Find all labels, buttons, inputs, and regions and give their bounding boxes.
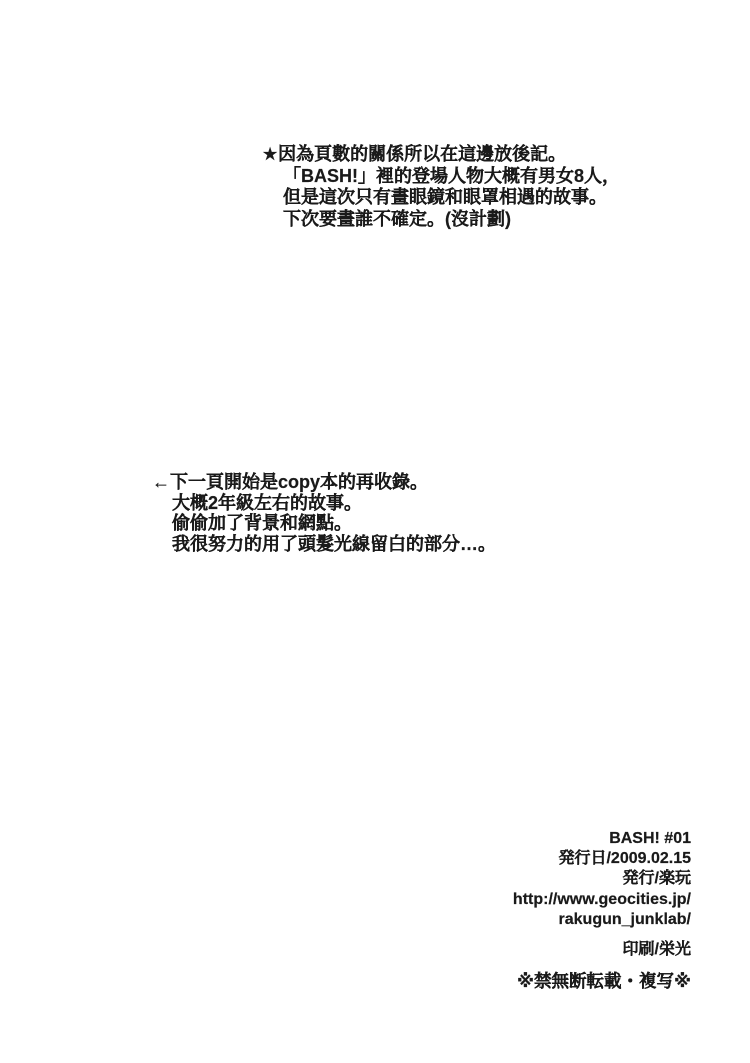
afterword-line: 但是這次只有畫眼鏡和眼罩相遇的故事。	[262, 187, 620, 209]
afterword-line: 下次要畫誰不確定。(沒計劃)	[262, 209, 620, 231]
book-title: BASH! #01	[513, 829, 691, 849]
scanned-page: ★因為頁數的關係所以在這邊放後記。 「BASH!」裡的登場人物大概有男女8人， …	[0, 0, 750, 1063]
afterword-line: 「BASH!」裡的登場人物大概有男女8人，	[262, 166, 620, 188]
publisher-credit: 発行/楽玩	[513, 869, 691, 889]
copy-book-note: ←下一頁開始是copy本的再收錄。 大概2年級左右的故事。 偷偷加了背景和網點。…	[152, 472, 496, 554]
afterword-note: ★因為頁數的關係所以在這邊放後記。 「BASH!」裡的登場人物大概有男女8人， …	[262, 144, 620, 230]
website-url-line2: rakugun_junklab/	[513, 910, 691, 930]
website-url-line1: http://www.geocities.jp/	[513, 890, 691, 910]
afterword-line: ★因為頁數的關係所以在這邊放後記。	[262, 144, 620, 166]
copy-note-line: 偷偷加了背景和網點。	[152, 513, 496, 534]
copy-note-line: 大概2年級左右的故事。	[152, 493, 496, 514]
copy-note-line: ←下一頁開始是copy本的再收錄。	[152, 472, 496, 493]
colophon: BASH! #01 発行日/2009.02.15 発行/楽玩 http://ww…	[513, 829, 691, 991]
copy-note-line: 我很努力的用了頭髮光線留白的部分…。	[152, 534, 496, 555]
reprint-prohibition-notice: ※禁無断転載・複写※	[513, 971, 691, 991]
printer-credit: 印刷/栄光	[513, 940, 691, 960]
publish-date: 発行日/2009.02.15	[513, 849, 691, 869]
